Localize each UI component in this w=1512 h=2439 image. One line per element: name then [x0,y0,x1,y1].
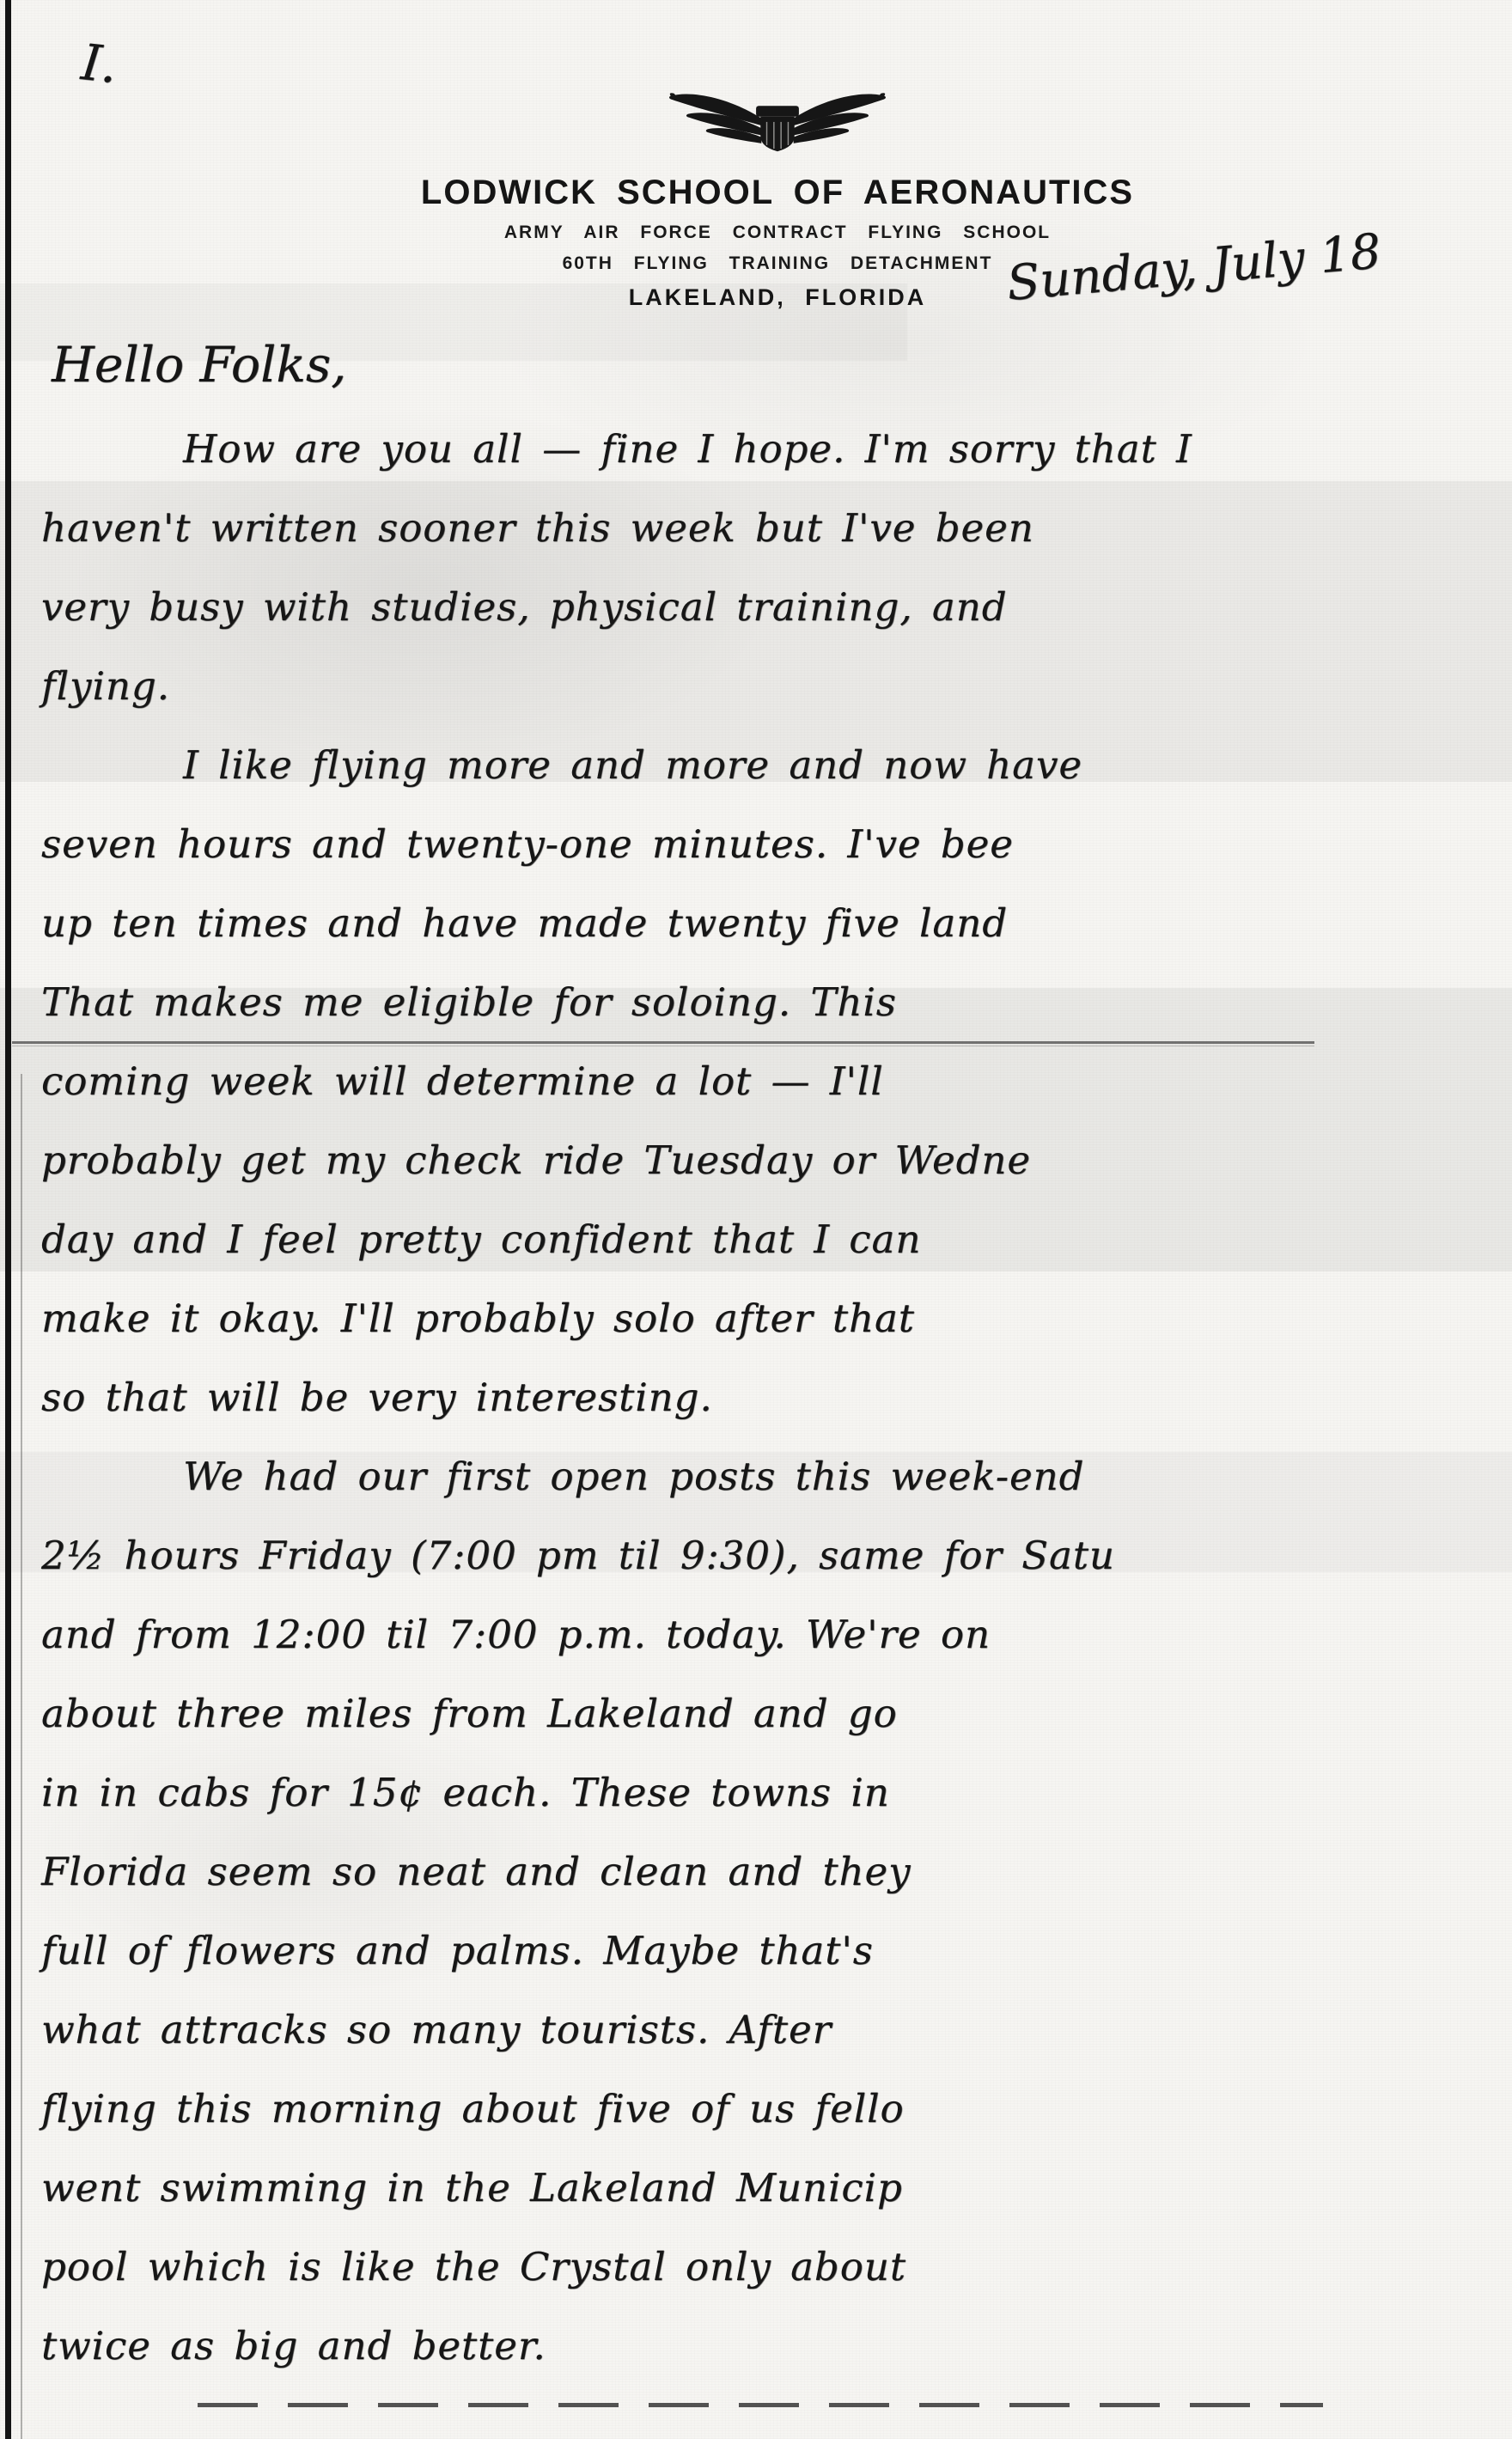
letterhead-subtitle-1: ARMY AIR FORCE CONTRACT FLYING SCHOOL [301,223,1254,243]
letter-line: We had our first open posts this week-en… [183,1454,1506,1533]
letter-line: and from 12:00 til 7:00 p.m. today. We'r… [41,1612,1506,1691]
letter-line: haven't written sooner this week but I'v… [41,505,1506,584]
letter-line: day and I feel pretty confident that I c… [41,1216,1506,1296]
letter-line: went swimming in the Lakeland Municip [41,2165,1506,2244]
letter-line: 2½ hours Friday (7:00 pm til 9:30), same… [41,1533,1506,1612]
letter-line: up ten times and have made twenty five l… [41,900,1506,979]
letter-line: so that will be very interesting. [41,1375,1506,1454]
scanned-letter-page: I. LODWICK [0,0,1512,2439]
letter-line: make it okay. I'll probably solo after t… [41,1296,1506,1375]
letter-line: coming week will determine a lot — I'll [41,1058,1506,1137]
letter-line: very busy with studies, physical trainin… [41,584,1506,663]
letter-line: flying. [41,663,1506,742]
scan-edge-line [5,0,11,2439]
salutation: Hello Folks, [52,337,1506,426]
letter-line: about three miles from Lakeland and go [41,1691,1506,1770]
bottom-edge-artifact [198,2403,1323,2407]
scan-edge-line-secondary [21,1074,22,2439]
school-name: LODWICK SCHOOL OF AERONAUTICS [301,174,1254,212]
letter-line: twice as big and better. [41,2323,1506,2402]
letter-line: flying this morning about five of us fel… [41,2086,1506,2165]
letter-line: what attracks so many tourists. After [41,2007,1506,2086]
letter-line: Florida seem so neat and clean and they [41,1849,1506,1928]
letter-line: full of flowers and palms. Maybe that's [41,1928,1506,2007]
letter-line: pool which is like the Crystal only abou… [41,2244,1506,2323]
pilot-wings-icon [661,86,893,162]
letter-line: That makes me eligible for soloing. This [41,979,1506,1058]
letter-line: I like flying more and more and now have [183,742,1506,821]
page-corner-marker: I. [79,33,120,95]
letter-body: Hello Folks, How are you all — fine I ho… [41,337,1506,2402]
letter-line: in in cabs for 15¢ each. These towns in [41,1770,1506,1849]
letter-line: seven hours and twenty-one minutes. I've… [41,821,1506,900]
letter-line: How are you all — fine I hope. I'm sorry… [183,426,1506,505]
letter-line: probably get my check ride Tuesday or We… [41,1137,1506,1216]
